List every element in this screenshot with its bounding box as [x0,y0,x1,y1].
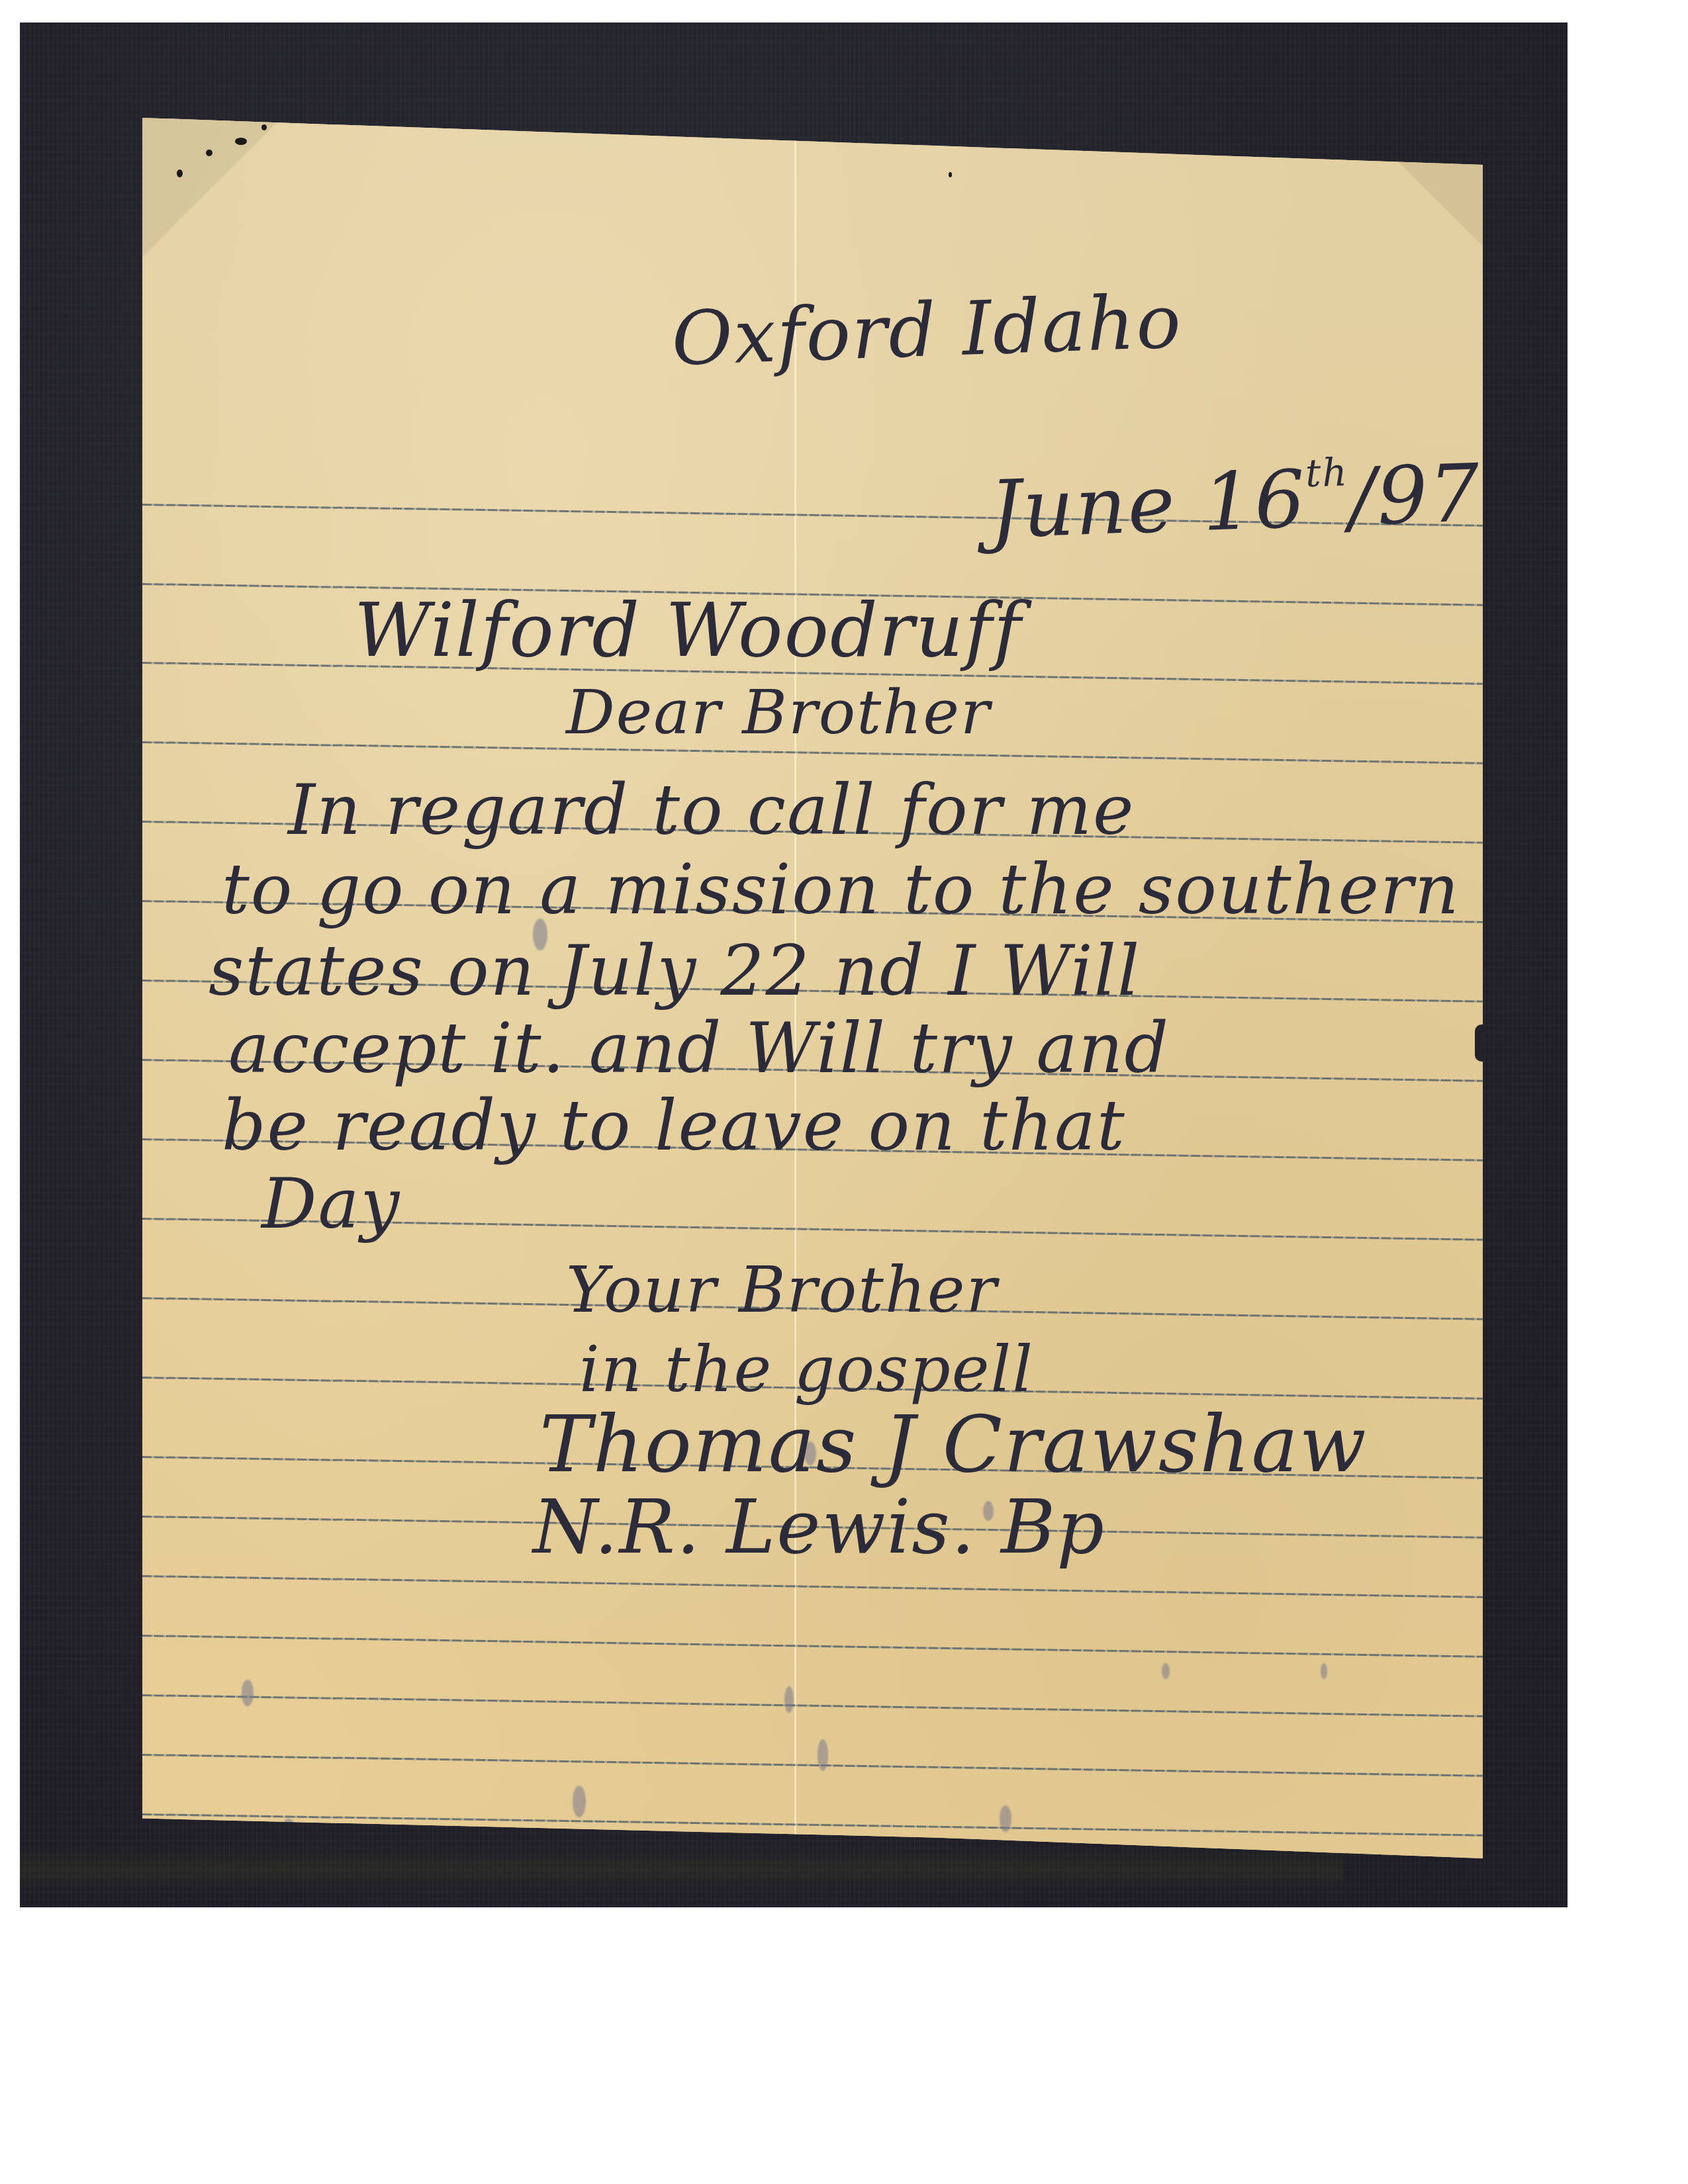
letter-place: Oxford Idaho [671,279,1184,383]
closing-line: Your Brother [566,1253,998,1327]
letter-date: June 16th/97 [988,445,1483,557]
ink-blot [1321,1663,1327,1679]
ink-blot [573,1786,586,1817]
ink-blot [1000,1805,1011,1832]
body-line: In regard to call for me [288,770,1135,850]
ruled-line [142,1754,1483,1777]
corner-crease-top-left [142,118,314,290]
pinhole [206,150,212,156]
ink-blot [242,1680,254,1706]
ink-blot [1162,1663,1170,1679]
pinhole [235,138,247,145]
body-line: to go on a mission to the southern [222,849,1460,930]
letter-salutation: Dear Brother [566,677,991,748]
ink-blot [818,1739,828,1771]
body-line: states on July 22 nd I Will [209,931,1141,1011]
ruled-line [142,1694,1483,1717]
body-line: be ready to leave on that [222,1085,1126,1166]
ruled-line [142,1635,1483,1658]
signature-bishop: N.R. Lewis. Bp [533,1484,1105,1570]
pinhole [949,172,952,177]
backing-scan-stripe [20,1850,1344,1889]
body-line: accept it. and Will try and [228,1008,1170,1089]
pinhole [261,124,267,130]
date-year: /97 [1348,447,1483,544]
date-main: June 16 [988,453,1308,557]
pinhole [177,169,183,177]
signature-writer: Thomas J Crawshaw [539,1398,1368,1490]
letter-paper: Oxford Idaho June 16th/97 Wilford Woodru… [142,118,1483,1858]
closing-line: in the gospell [579,1332,1034,1406]
ruled-line [142,1575,1483,1598]
ink-blot [784,1686,794,1713]
date-suffix: th [1305,449,1349,496]
body-line: Day [261,1163,400,1244]
letter-recipient: Wilford Woodruff [354,588,1022,674]
